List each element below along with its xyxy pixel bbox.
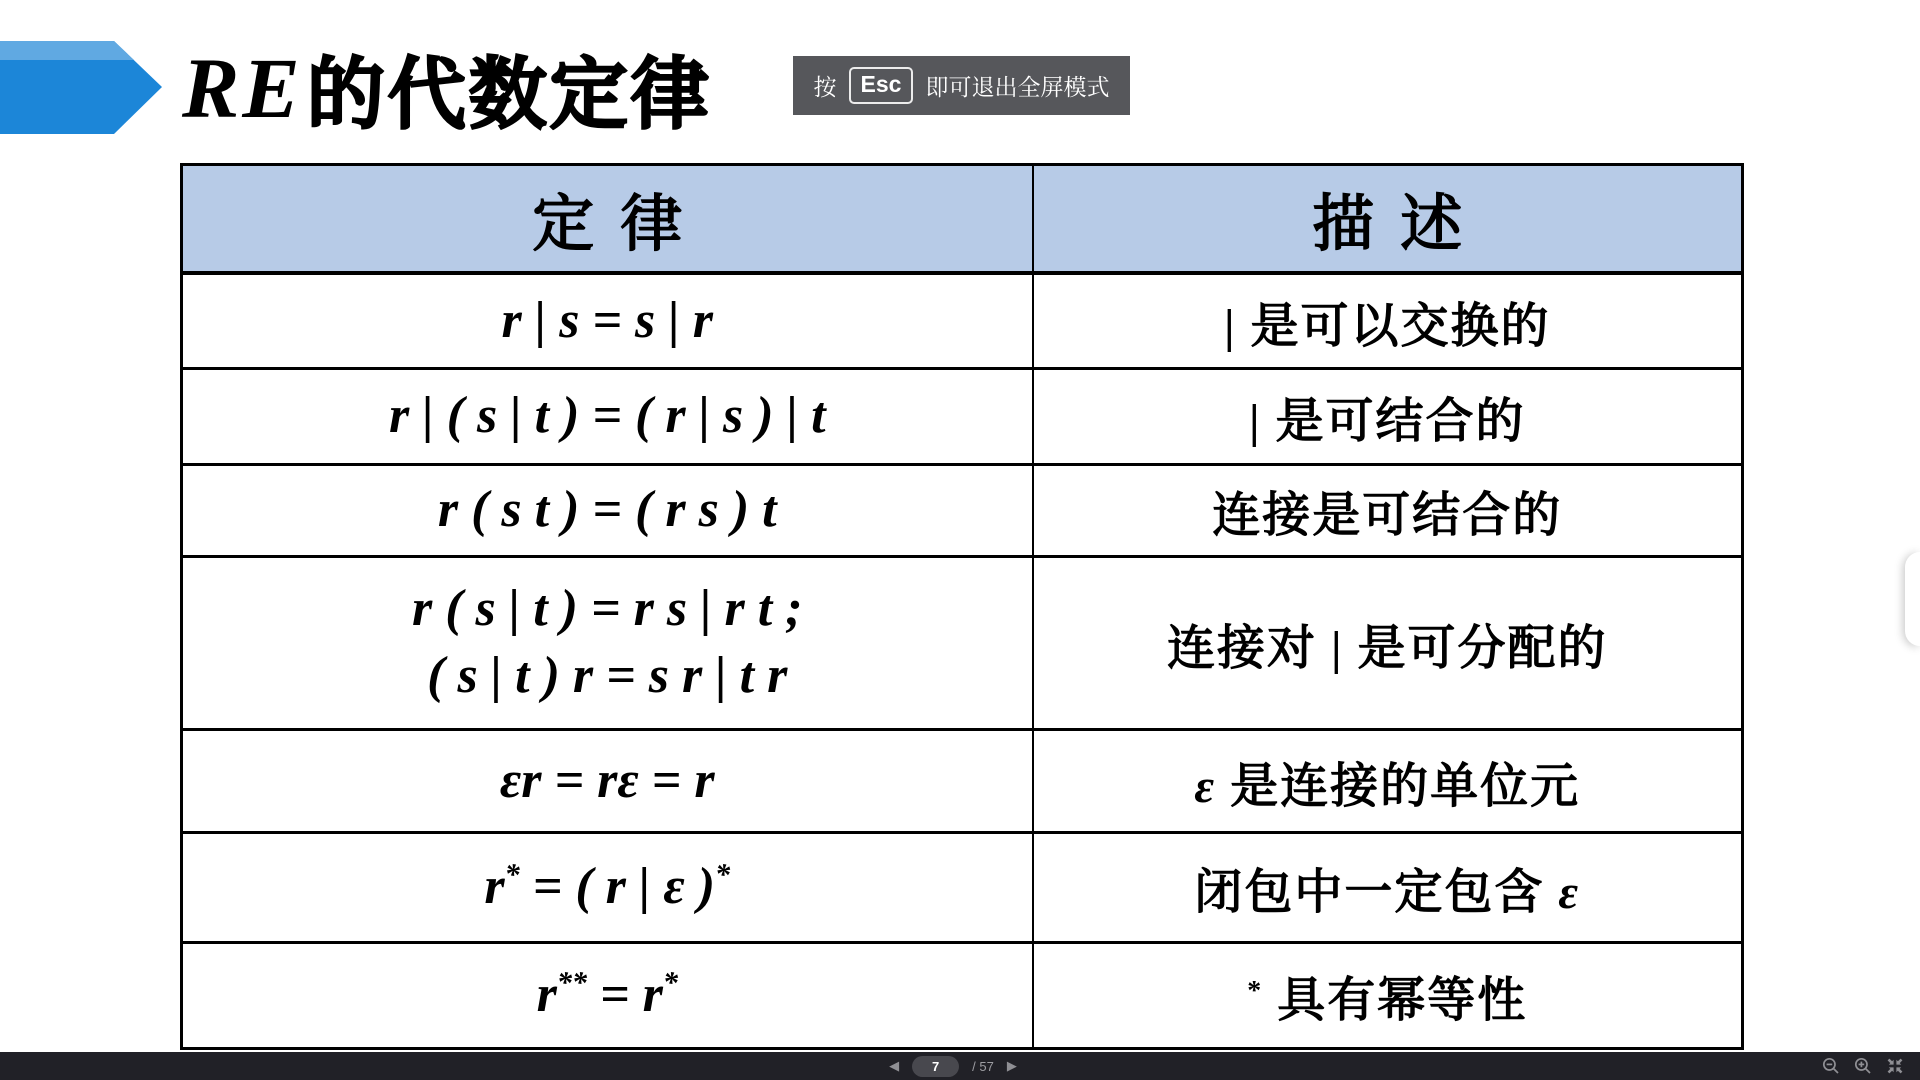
superscript-star: ** xyxy=(557,966,587,1000)
law-formula-line: ( s | t ) r = s r | t r xyxy=(183,643,1032,710)
superscript-star: * xyxy=(715,858,730,892)
law-formula-line: εr = rε = r xyxy=(183,748,1032,815)
text-segment: 具有幂等性 xyxy=(1263,974,1527,1027)
column-header-law: 定律 xyxy=(182,165,1033,274)
zoom-in-icon[interactable] xyxy=(1854,1057,1872,1075)
title-chinese-part: 的代数定律 xyxy=(307,32,712,144)
text-segment: | 是可以交换的 xyxy=(1224,300,1551,353)
description-cell: * 具有幂等性 xyxy=(1033,943,1743,1049)
description-cell: | 是可结合的 xyxy=(1033,369,1743,465)
law-cell: r* = ( r | ε )* xyxy=(182,833,1033,943)
toast-text-prefix: 按 xyxy=(814,69,837,102)
description-cell: 闭包中一定包含 ε xyxy=(1033,833,1743,943)
next-slide-edge-button[interactable] xyxy=(1905,552,1920,646)
page-navigation: ◀ 7 / 57 ▶ xyxy=(889,1056,1017,1077)
text-segment: r ( s t ) = ( r s ) t xyxy=(438,481,777,538)
text-segment: r | s = s | r xyxy=(502,292,713,349)
text-segment: r xyxy=(537,966,557,1023)
page-title: RE 的代数定律 xyxy=(182,36,712,140)
law-cell: r | s = s | r xyxy=(182,273,1033,369)
law-formula-line: r | s = s | r xyxy=(183,288,1032,355)
text-segment: 闭包中一定包含 xyxy=(1194,866,1558,919)
superscript-star: * xyxy=(663,966,678,1000)
zoom-controls xyxy=(1822,1052,1904,1080)
law-formula-line: r | ( s | t ) = ( r | s ) | t xyxy=(183,383,1032,450)
prev-page-button[interactable]: ◀ xyxy=(889,1060,899,1073)
superscript-star: * xyxy=(1247,975,1263,1006)
law-formula-line: r ( s | t ) = r s | r t ; xyxy=(183,576,1032,643)
law-cell: r** = r* xyxy=(182,943,1033,1049)
toast-text-suffix: 即可退出全屏模式 xyxy=(925,69,1109,102)
text-segment: r | ( s | t ) = ( r | s ) | t xyxy=(389,387,826,444)
law-cell: r | ( s | t ) = ( r | s ) | t xyxy=(182,369,1033,465)
text-segment: r ( s | t ) = r s | r t ; xyxy=(412,580,803,637)
table-row: r ( s t ) = ( r s ) t连接是可结合的 xyxy=(182,465,1743,557)
table-row: r | s = s | r| 是可以交换的 xyxy=(182,273,1743,369)
laws-table-body: r | s = s | r| 是可以交换的r | ( s | t ) = ( r… xyxy=(182,273,1743,1049)
law-formula-line: r** = r* xyxy=(183,962,1032,1029)
text-segment: = r xyxy=(587,966,663,1023)
text-segment: = ( r | ε ) xyxy=(520,858,715,915)
current-page-indicator[interactable]: 7 xyxy=(912,1056,959,1077)
table-row: r | ( s | t ) = ( r | s ) | t| 是可结合的 xyxy=(182,369,1743,465)
title-arrow-decoration xyxy=(0,39,164,136)
exit-fullscreen-icon[interactable] xyxy=(1886,1057,1904,1075)
zoom-out-icon[interactable] xyxy=(1822,1057,1840,1075)
text-segment: 连接是可结合的 xyxy=(1212,489,1562,542)
column-header-description: 描述 xyxy=(1033,165,1743,274)
table-row: r** = r** 具有幂等性 xyxy=(182,943,1743,1049)
description-cell: 连接对 | 是可分配的 xyxy=(1033,557,1743,730)
next-page-button[interactable]: ▶ xyxy=(1007,1060,1017,1073)
law-formula-line: r ( s t ) = ( r s ) t xyxy=(183,477,1032,544)
superscript-star: * xyxy=(505,858,520,892)
column-header-description-label: 描述 xyxy=(1312,191,1488,259)
text-segment: εr = rε = r xyxy=(500,752,715,809)
law-cell: r ( s | t ) = r s | r t ;( s | t ) r = s… xyxy=(182,557,1033,730)
text-segment: 是连接的单位元 xyxy=(1216,760,1580,813)
law-formula-line: r* = ( r | ε )* xyxy=(183,854,1032,921)
law-cell: εr = rε = r xyxy=(182,730,1033,833)
table-row: r* = ( r | ε )*闭包中一定包含 ε xyxy=(182,833,1743,943)
title-latin-part: RE xyxy=(182,38,303,138)
laws-table: 定律 描述 r | s = s | r| 是可以交换的r | ( s | t )… xyxy=(180,163,1744,1050)
page-count-label: / 57 xyxy=(972,1059,994,1074)
table-header-row: 定律 描述 xyxy=(182,165,1743,274)
table-row: r ( s | t ) = r s | r t ;( s | t ) r = s… xyxy=(182,557,1743,730)
text-segment: ε xyxy=(1194,760,1216,813)
column-header-law-label: 定律 xyxy=(532,191,708,259)
description-cell: 连接是可结合的 xyxy=(1033,465,1743,557)
esc-key-badge: Esc xyxy=(849,67,914,103)
text-segment: 连接对 | 是可分配的 xyxy=(1167,622,1608,675)
viewer-toolbar: ◀ 7 / 57 ▶ xyxy=(0,1052,1920,1080)
law-cell: r ( s t ) = ( r s ) t xyxy=(182,465,1033,557)
text-segment: | 是可结合的 xyxy=(1249,395,1526,448)
text-segment: r xyxy=(484,858,504,915)
description-cell: | 是可以交换的 xyxy=(1033,273,1743,369)
text-segment: ( s | t ) r = s r | t r xyxy=(427,647,787,704)
text-segment: ε xyxy=(1558,866,1580,919)
table-row: εr = rε = rε 是连接的单位元 xyxy=(182,730,1743,833)
description-cell: ε 是连接的单位元 xyxy=(1033,730,1743,833)
fullscreen-exit-toast: 按 Esc 即可退出全屏模式 xyxy=(793,56,1130,115)
